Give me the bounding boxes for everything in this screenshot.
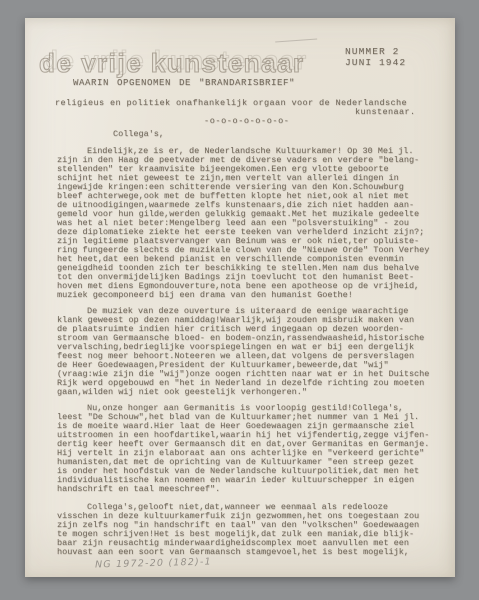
inventory-number-annotation: NG 1972-20 (182)-1 (95, 556, 212, 570)
document-page: de vrije kunstenaar de vrije kunstenaar … (25, 18, 455, 577)
newspaper-title: de vrije kunstenaar (39, 48, 305, 79)
issue-number: NUMMER 2 (345, 47, 406, 58)
photo-background: de vrije kunstenaar de vrije kunstenaar … (0, 0, 479, 600)
masthead-tagline-line2: kunstenaar. (355, 107, 416, 117)
ornamental-divider: -o-o-o-o-o-o-o- (204, 116, 290, 126)
paragraph-2: De muziek van deze ouverture is uiteraar… (57, 307, 455, 397)
pencil-mark (275, 34, 317, 43)
salutation: Collega's, (113, 130, 455, 139)
paragraph-4: Collega's,gelooft niet,dat,wanneer we ee… (57, 503, 455, 557)
paragraph-1: Eindelijk,ze is er, de Nederlandsche Kul… (57, 147, 455, 300)
issue-info: NUMMER 2 JUNI 1942 (345, 47, 406, 68)
article-body: Collega's, Eindelijk,ze is er, de Nederl… (57, 130, 455, 564)
paragraph-3: Nu,onze honger aan Germanitis is voorloo… (57, 404, 455, 494)
masthead-subtitle: WAARIN OPGENOMEN DE "BRANDARISBRIEF" (73, 78, 295, 88)
issue-date: JUNI 1942 (345, 58, 406, 69)
